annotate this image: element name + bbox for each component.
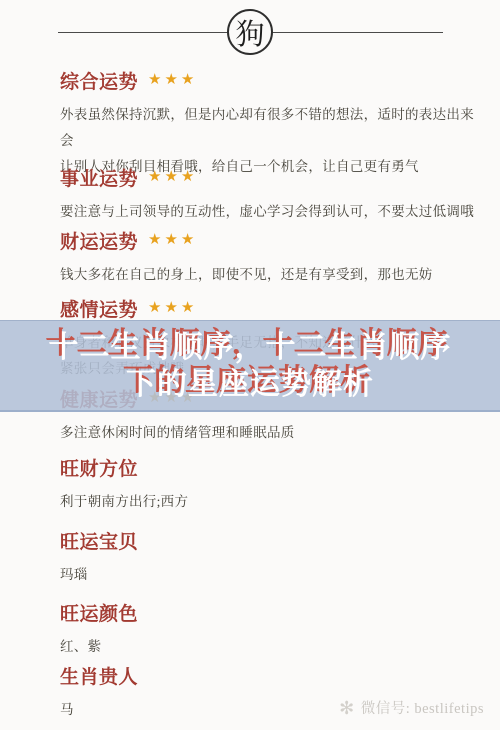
- section-body: 红、紫: [60, 634, 478, 660]
- section-title: 旺运颜色: [60, 599, 138, 626]
- brand-logo-icon: ✻: [339, 699, 355, 717]
- star-rating: ★★★: [148, 230, 197, 251]
- section-body: 多注意休闲时间的情绪管理和睡眠品质: [60, 420, 478, 446]
- banner-title-line1: 十二生肖顺序，十二生肖顺序: [0, 329, 500, 366]
- star-rating: ★★★: [148, 167, 197, 188]
- section-career-fortune: 事业运势 ★★★ 要注意与上司领导的互动性，虚心学习会得到认可，不要太过低调哦: [60, 165, 478, 225]
- section-title: 事业运势: [60, 164, 138, 191]
- section-title: 旺财方位: [60, 454, 138, 481]
- banner-title-line2: 下的星座运势解析: [0, 366, 500, 403]
- section-body: 要注意与上司领导的互动性，虚心学习会得到认可，不要太过低调哦: [60, 199, 478, 225]
- star-rating: ★★★: [148, 70, 197, 91]
- section-title: 生肖贵人: [60, 662, 138, 689]
- star-rating: ★★★: [148, 298, 197, 319]
- section-title: 综合运势: [60, 67, 138, 94]
- wechat-id-text: 微信号: bestlifetips: [361, 697, 484, 718]
- zodiac-medallion: 狗: [227, 9, 273, 55]
- section-body: 钱大多花在自己的身上，即使不见，还是有享受到，那也无妨: [60, 262, 478, 288]
- section-title: 财运运势: [60, 227, 138, 254]
- section-title: 旺运宝贝: [60, 527, 138, 554]
- wechat-watermark: ✻ 微信号: bestlifetips: [339, 697, 484, 718]
- section-wealth-fortune: 财运运势 ★★★ 钱大多花在自己的身上，即使不见，还是有享受到，那也无妨: [60, 228, 478, 288]
- section-lucky-color: 旺运颜色 红、紫: [60, 600, 478, 660]
- section-body: 玛瑙: [60, 562, 478, 588]
- zodiac-character: 狗: [235, 12, 264, 53]
- section-title: 感情运势: [60, 295, 138, 322]
- section-lucky-charm: 旺运宝贝 玛瑙: [60, 528, 478, 588]
- title-banner-overlay: 十二生肖顺序，十二生肖顺序 下的星座运势解析: [0, 320, 500, 412]
- section-body: 利于朝南方出行;西方: [60, 489, 478, 515]
- section-lucky-direction: 旺财方位 利于朝南方出行;西方: [60, 455, 478, 515]
